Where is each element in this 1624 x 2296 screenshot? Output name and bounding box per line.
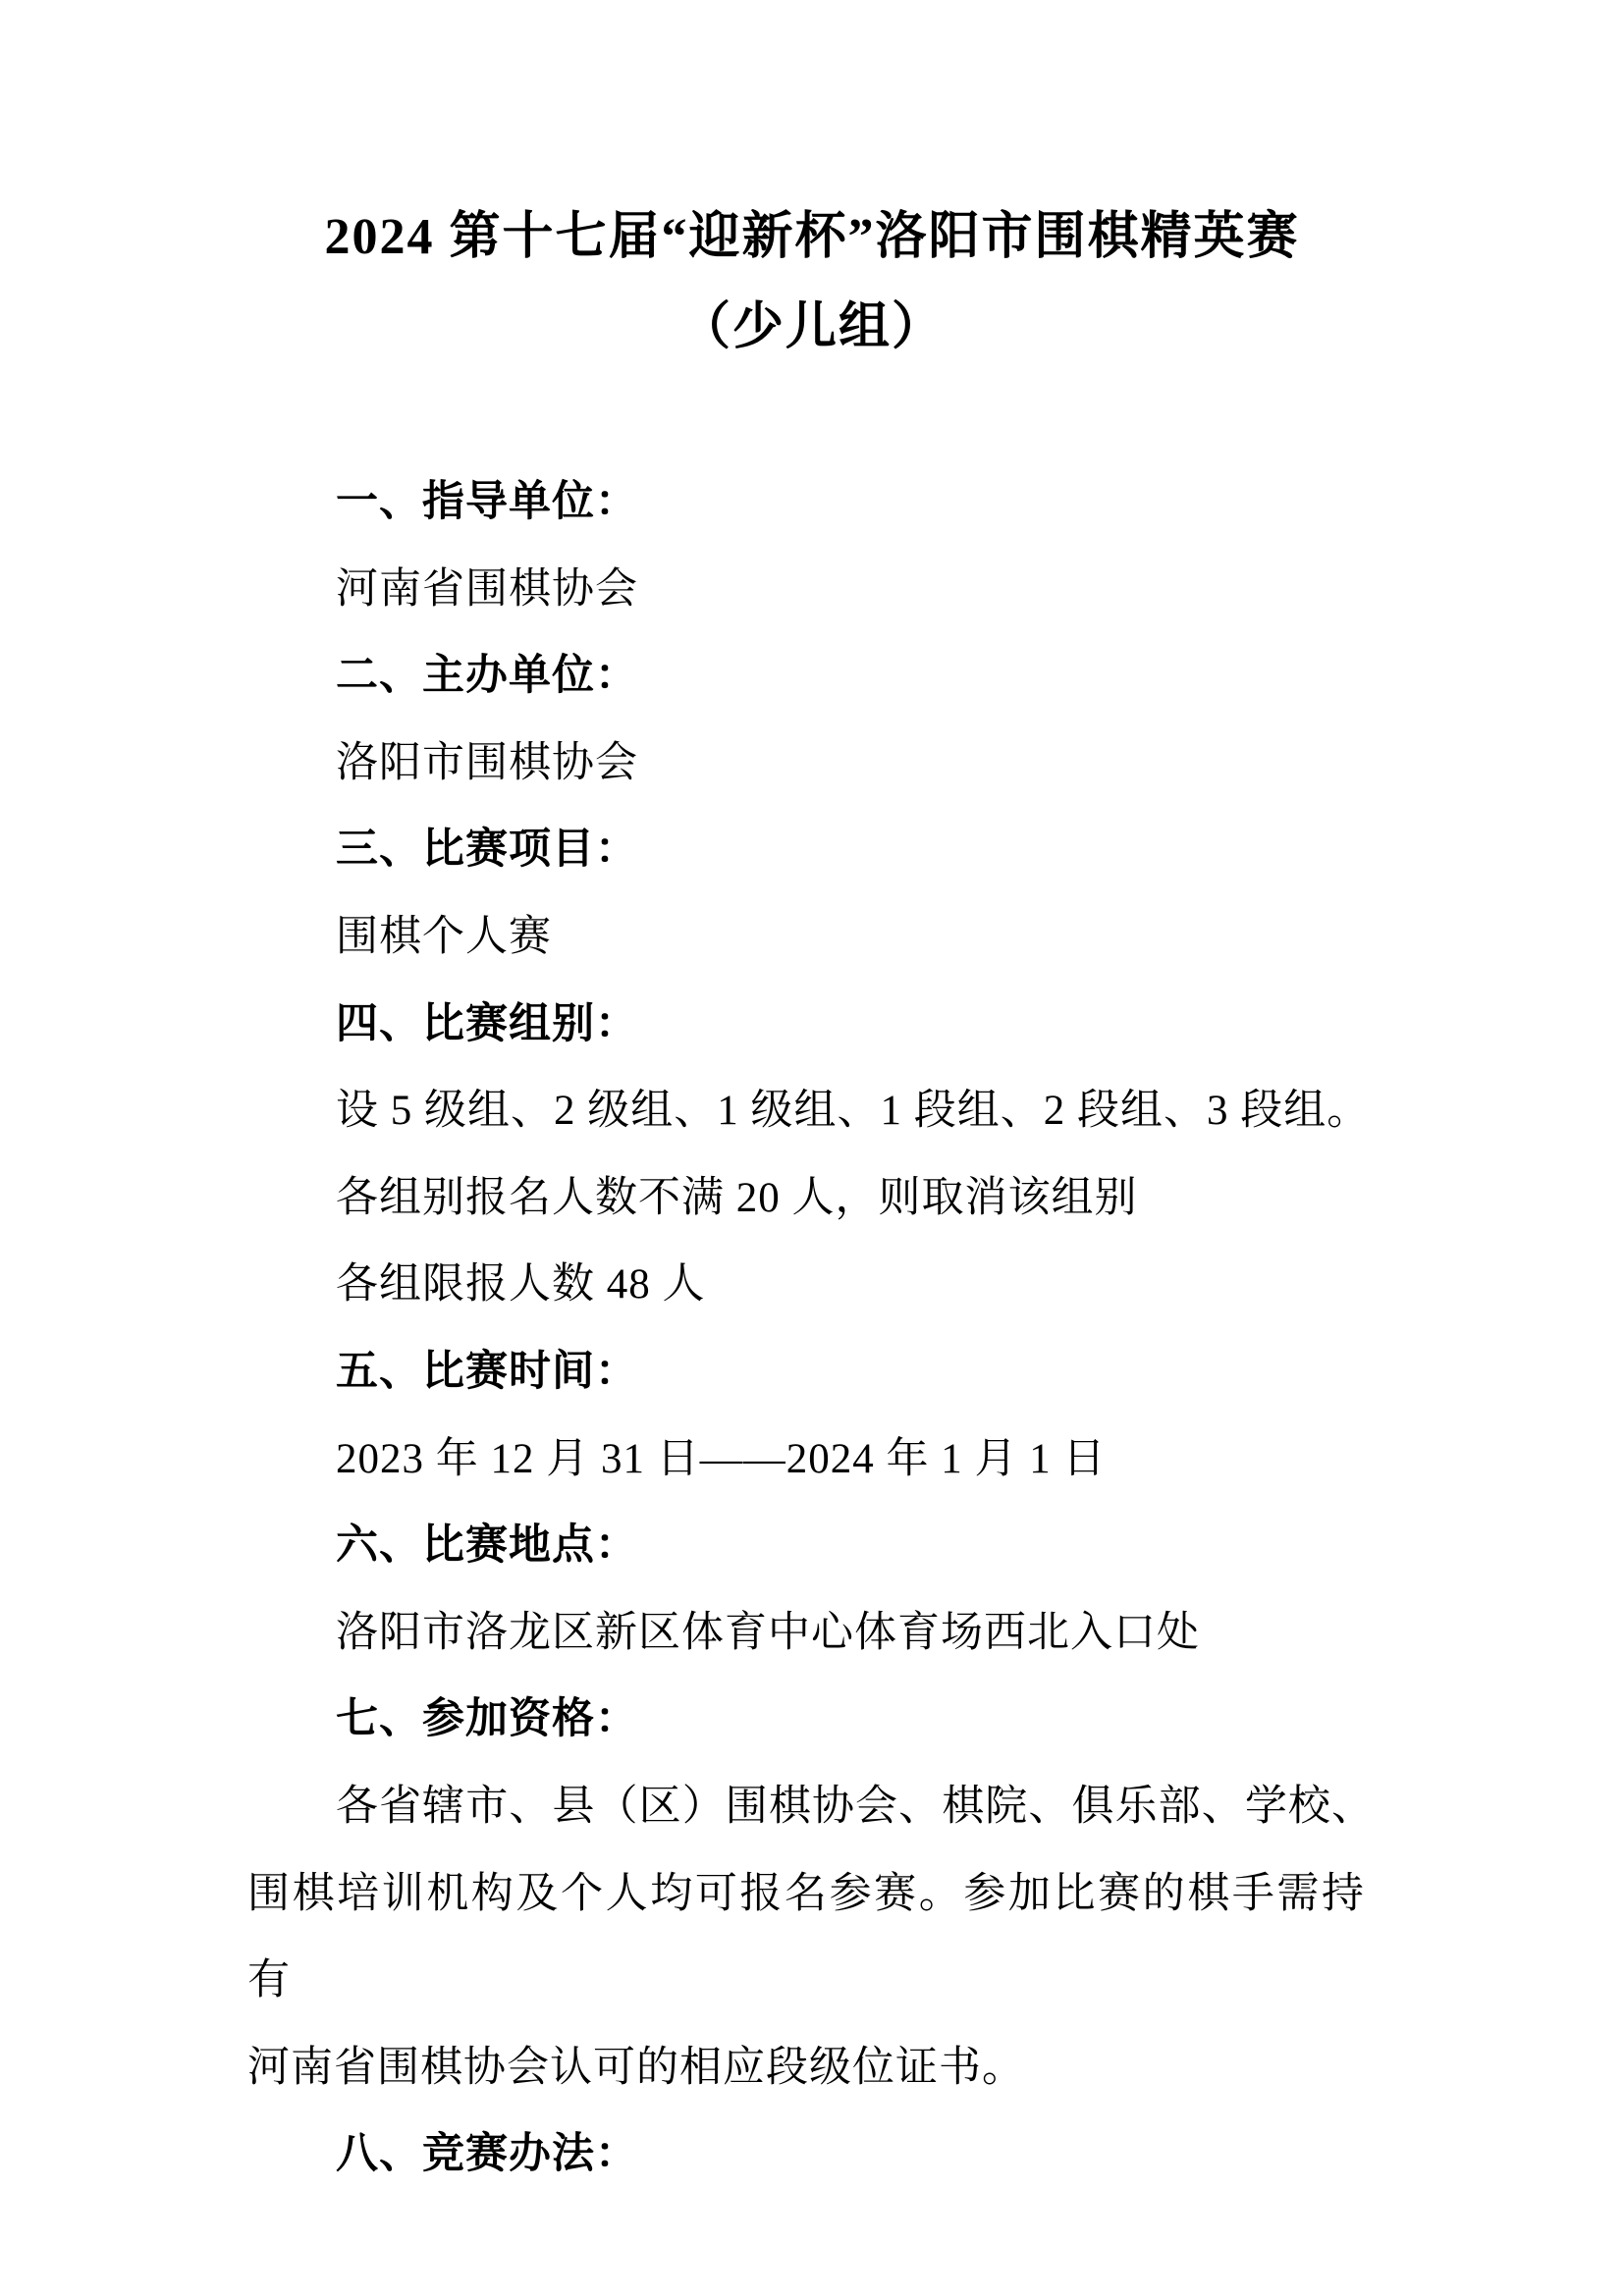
eligibility-line-1: 各省辖市、县（区）围棋协会、棋院、俱乐部、学校、 xyxy=(247,1764,1375,1851)
time-value: 2023 年 12 月 31 日——2024 年 1 月 1 日 xyxy=(247,1416,1624,1504)
event-type-heading: 三、比赛项目： xyxy=(247,807,1624,894)
venue-heading: 六、比赛地点： xyxy=(247,1503,1624,1590)
guiding-unit-heading: 一、指导单位： xyxy=(247,459,1624,547)
document-title-line2: （少儿组） xyxy=(0,283,1624,373)
groups-heading: 四、比赛组别： xyxy=(247,982,1624,1069)
organizer-heading: 二、主办单位： xyxy=(247,633,1624,721)
rules-heading: 八、竞赛办法： xyxy=(247,2111,1624,2199)
groups-list-line: 设 5 级组、2 级组、1 级组、1 段组、2 段组、3 段组。 xyxy=(247,1068,1624,1155)
groups-limit-line: 各组限报人数 48 人 xyxy=(247,1242,1624,1329)
venue-value: 洛阳市洛龙区新区体育中心体育场西北入口处 xyxy=(247,1590,1624,1678)
event-type-value: 围棋个人赛 xyxy=(247,894,1624,982)
eligibility-line-3: 河南省围棋协会认可的相应段级位证书。 xyxy=(247,2025,1624,2112)
eligibility-line-2: 围棋培训机构及个人均可报名参赛。参加比赛的棋手需持有 xyxy=(247,1851,1365,2025)
guiding-unit-value: 河南省围棋协会 xyxy=(247,547,1624,634)
eligibility-heading: 七、参加资格： xyxy=(247,1677,1624,1764)
document-title: 2024 第十七届“迎新杯”洛阳市围棋精英赛 （少儿组） xyxy=(0,0,1624,373)
time-heading: 五、比赛时间： xyxy=(247,1329,1624,1416)
organizer-value: 洛阳市围棋协会 xyxy=(247,721,1624,808)
document-page: 2024 第十七届“迎新杯”洛阳市围棋精英赛 （少儿组） 一、指导单位： 河南省… xyxy=(0,0,1624,2296)
groups-minimum-line: 各组别报名人数不满 20 人，则取消该组别 xyxy=(247,1155,1624,1243)
document-title-line1: 2024 第十七届“迎新杯”洛阳市围棋精英赛 xyxy=(0,192,1624,283)
document-body: 一、指导单位： 河南省围棋协会 二、主办单位： 洛阳市围棋协会 三、比赛项目： … xyxy=(0,459,1624,2199)
